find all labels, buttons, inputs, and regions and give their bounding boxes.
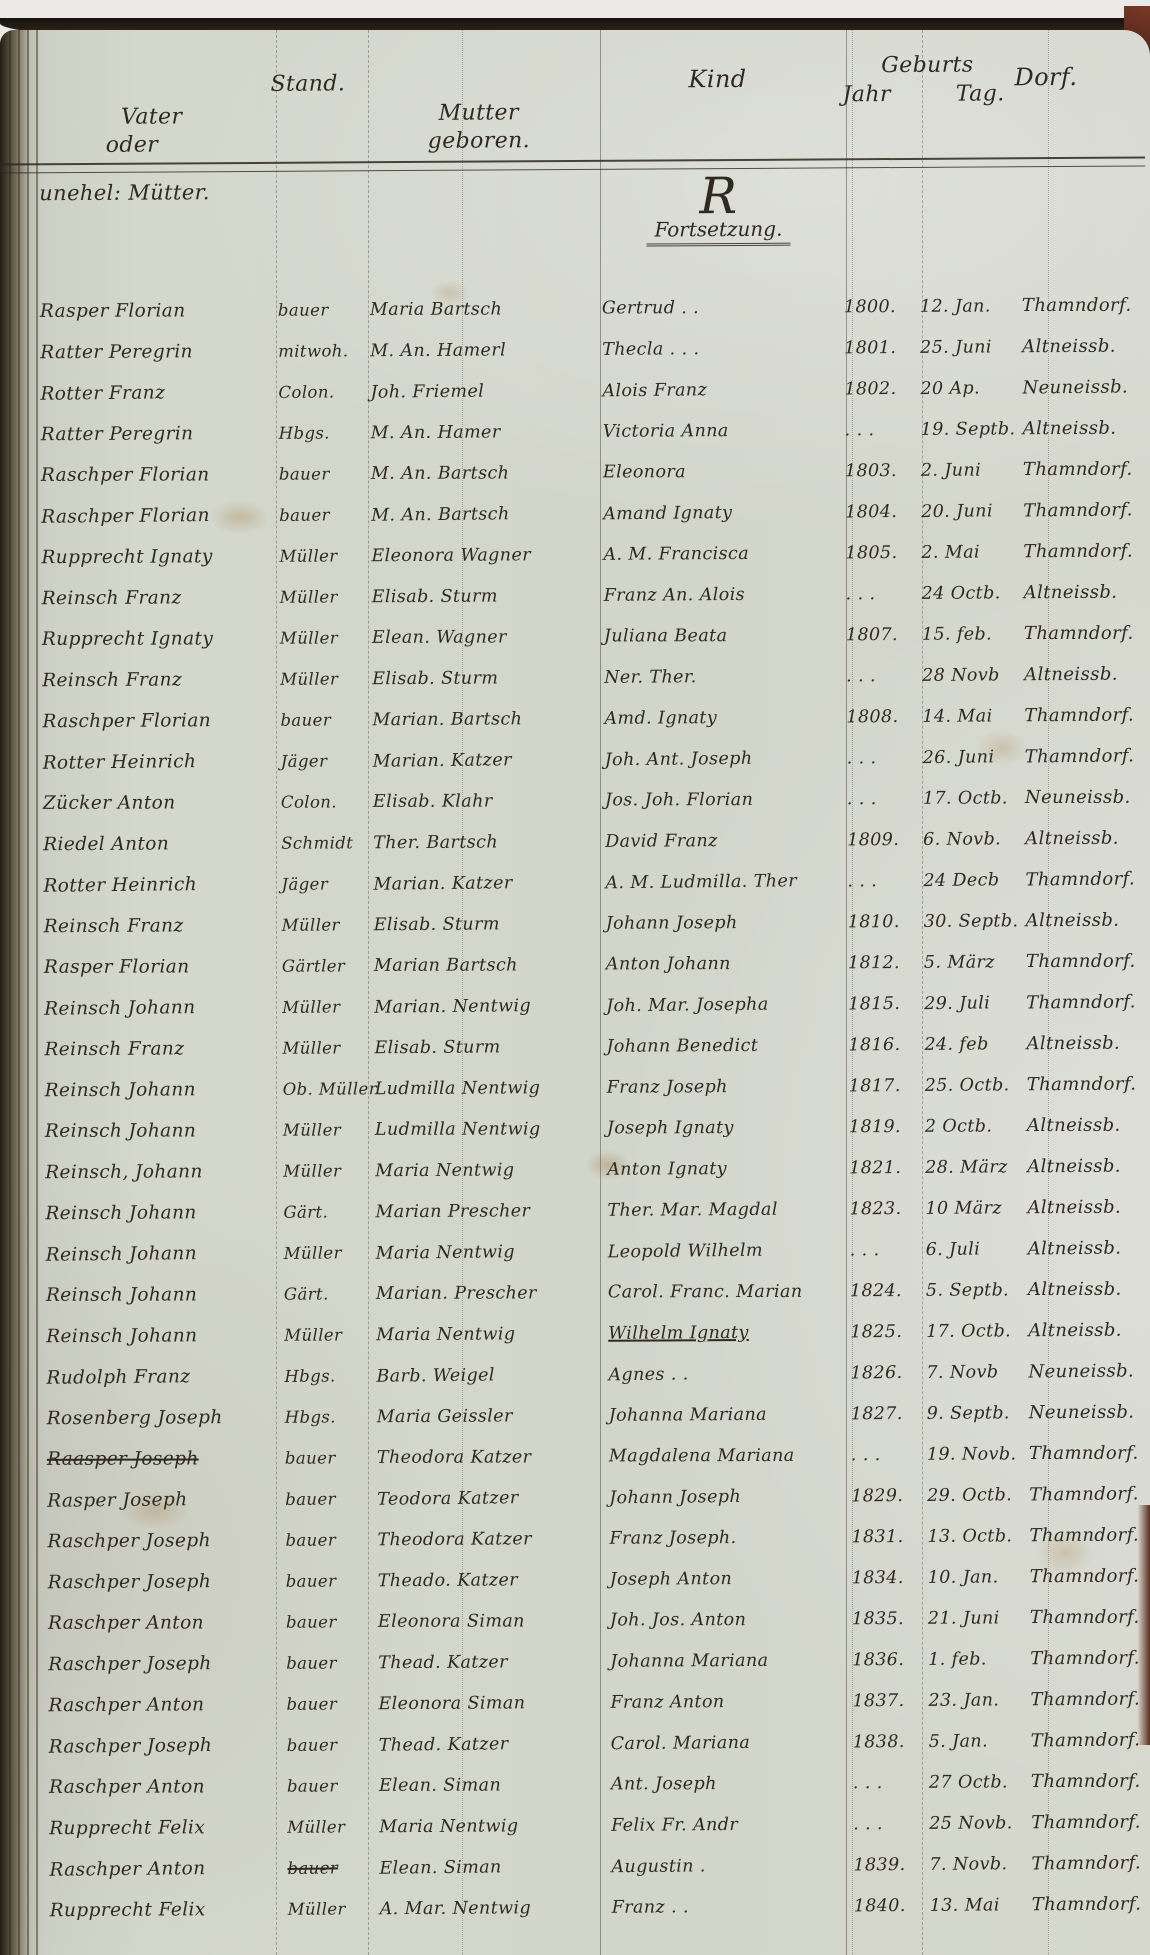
- header-mother-line1: Mutter: [363, 99, 595, 129]
- father-cell: Riedel Anton: [37, 833, 275, 855]
- village-cell: Altneissb.: [1022, 1279, 1150, 1300]
- village-cell: Neuneissb.: [1022, 1360, 1150, 1382]
- table-header: Vater oder Stand. Mutter geboren. Kind G…: [0, 27, 1145, 160]
- table-row: Raschper Anton bauer Eleonora Siman Joh.…: [4, 1596, 1150, 1644]
- table-row: Raschper Joseph bauer Thead. Katzer Joha…: [4, 1637, 1150, 1685]
- birth-day-cell: 25 Novb.: [923, 1813, 1025, 1834]
- birth-year-cell: 1817.: [847, 1075, 919, 1095]
- father-cell: Reinsch Johann: [39, 1079, 277, 1101]
- birth-day-cell: 20 Ap.: [914, 378, 1016, 399]
- birth-day-cell: 27 Octb.: [923, 1772, 1025, 1792]
- father-cell: Reinsch Franz: [36, 587, 274, 609]
- birth-day-cell: 6. Novb.: [917, 829, 1019, 850]
- mother-cell: Elean. Siman: [373, 1856, 605, 1878]
- child-cell: David Franz: [599, 830, 845, 852]
- birth-year-cell: 1805.: [843, 542, 915, 562]
- book-cover-edge: [1136, 1505, 1150, 1745]
- birth-year-cell: 1821.: [847, 1157, 919, 1177]
- birth-year-cell: 1815.: [846, 993, 918, 1014]
- header-father-line3: unehel: Mütter.: [33, 170, 595, 205]
- table-row: Rasper Joseph bauer Teodora Katzer Johan…: [3, 1473, 1150, 1521]
- birth-year-cell: 1826.: [848, 1362, 920, 1383]
- birth-day-cell: 2. Juni: [915, 460, 1017, 480]
- village-cell: Thamndorf.: [1025, 1811, 1150, 1833]
- village-cell: Thamndorf.: [1023, 1483, 1150, 1505]
- father-cell: Raschper Florian: [35, 504, 273, 527]
- mother-cell: Maria Nentwig: [369, 1159, 601, 1180]
- father-cell: Reinsch Franz: [38, 1038, 276, 1060]
- village-cell: Altneissb.: [1017, 417, 1147, 439]
- table-row: Reinsch Franz Müller Elisab. Sturm Franz…: [0, 571, 1148, 619]
- table-row: Rupprecht Felix Müller Maria Nentwig Fel…: [5, 1801, 1150, 1849]
- birth-day-cell: 12. Jan.: [914, 296, 1016, 316]
- child-cell: Wilhelm Ignaty: [602, 1322, 848, 1344]
- birth-day-cell: 19. Septb.: [915, 419, 1017, 440]
- father-cell: Raschper Florian: [35, 464, 273, 486]
- table-row: Reinsch Johann Gärt. Marian Prescher The…: [1, 1186, 1150, 1234]
- father-cell: Rosenberg Joseph: [41, 1407, 279, 1429]
- child-cell: Joh. Jos. Anton: [604, 1609, 850, 1630]
- stand-cell: Müller: [276, 1038, 368, 1058]
- stand-cell: Müller: [274, 669, 366, 689]
- stand-cell: Gärt.: [277, 1202, 369, 1222]
- table-row: Rudolph Franz Hbgs. Barb. Weigel Agnes .…: [2, 1350, 1150, 1398]
- child-cell: Joseph Ignaty: [601, 1117, 847, 1138]
- father-cell: Reinsch Johann: [39, 1202, 277, 1224]
- header-village: Dorf.: [1014, 63, 1144, 92]
- table-row: Raschper Florian bauer M. An. Bartsch El…: [0, 448, 1147, 496]
- village-cell: Thamndorf.: [1017, 459, 1147, 480]
- birth-year-cell: 1835.: [850, 1609, 922, 1629]
- stand-cell: Müller: [274, 587, 366, 607]
- stand-cell: bauer: [281, 1858, 373, 1878]
- mother-cell: Eleonora Siman: [372, 1611, 604, 1632]
- mother-cell: Joh. Friemel: [364, 380, 596, 402]
- table-row: Raschper Florian bauer Marian. Bartsch A…: [0, 694, 1149, 742]
- child-cell: Franz An. Alois: [598, 584, 844, 606]
- child-cell: A. M. Francisca: [597, 543, 843, 565]
- child-cell: Joh. Ant. Joseph: [599, 747, 845, 770]
- stand-cell: bauer: [272, 300, 364, 319]
- village-cell: Thamndorf.: [1024, 1688, 1150, 1710]
- birth-day-cell: 7. Novb: [920, 1362, 1022, 1383]
- child-cell: Carol. Franc. Marian: [602, 1281, 848, 1302]
- father-cell: Rudolph Franz: [40, 1365, 278, 1388]
- birth-day-cell: 30. Septb.: [918, 911, 1020, 932]
- child-cell: Amd. Ignaty: [598, 707, 844, 729]
- village-cell: Thamndorf.: [1017, 499, 1147, 521]
- table-row: Raschper Joseph bauer Thead. Katzer Caro…: [5, 1719, 1150, 1767]
- table-row: Rotter Heinrich Jäger Marian. Katzer Joh…: [0, 735, 1149, 783]
- child-cell: Augustin .: [605, 1854, 851, 1877]
- mother-cell: Elisab. Sturm: [368, 913, 600, 934]
- stand-cell: Müller: [274, 628, 366, 647]
- child-cell: Agnes . .: [602, 1362, 848, 1385]
- stand-cell: Gärtler: [276, 956, 368, 975]
- stand-cell: Müller: [273, 546, 365, 566]
- father-cell: Reinsch Johann: [40, 1242, 278, 1265]
- mother-cell: Theodora Katzer: [371, 1447, 603, 1468]
- table-row: Reinsch Franz Müller Elisab. Sturm Johan…: [0, 899, 1150, 947]
- birth-year-cell: 1831.: [849, 1526, 921, 1546]
- table-row: Rupprecht Ignaty Müller Elean. Wagner Ju…: [0, 612, 1148, 660]
- father-cell: Rotter Heinrich: [37, 750, 275, 773]
- village-cell: Thamndorf.: [1024, 1607, 1150, 1628]
- stand-cell: Jäger: [275, 874, 367, 894]
- birth-year-cell: 1801.: [842, 337, 914, 357]
- birth-day-cell: 25. Octb.: [919, 1075, 1021, 1096]
- birth-day-cell: 9. Septb.: [921, 1403, 1023, 1424]
- mother-cell: M. An. Bartsch: [365, 463, 597, 484]
- header-birth-line1: Geburts: [840, 51, 1014, 81]
- child-cell: Anton Ignaty: [601, 1158, 847, 1180]
- birth-year-cell: . . .: [851, 1813, 923, 1833]
- mother-cell: Thead. Katzer: [373, 1733, 605, 1755]
- father-cell: Raschper Joseph: [42, 1571, 280, 1593]
- header-father: Vater oder: [33, 103, 271, 159]
- stand-cell: bauer: [281, 1735, 373, 1755]
- child-cell: Joh. Mar. Josepha: [600, 993, 846, 1016]
- birth-year-cell: . . .: [851, 1773, 923, 1793]
- birth-year-cell: . . .: [844, 665, 916, 685]
- birth-day-cell: 5. Jan.: [923, 1731, 1025, 1752]
- birth-day-cell: 28. März: [919, 1157, 1021, 1178]
- birth-day-cell: 21. Juni: [922, 1608, 1024, 1628]
- child-cell: Juliana Beata: [598, 625, 844, 646]
- stand-cell: Müller: [278, 1243, 370, 1263]
- table-row: Raschper Joseph bauer Theodora Katzer Fr…: [3, 1514, 1150, 1562]
- father-cell: Rupprecht Felix: [44, 1899, 282, 1921]
- village-cell: Neuneissb.: [1023, 1401, 1150, 1423]
- header-father-line2: oder: [0, 130, 271, 159]
- header-birth-day: Tag.: [956, 80, 1005, 109]
- header-father-line1: Vater: [33, 103, 271, 132]
- child-cell: Franz Joseph.: [603, 1527, 849, 1549]
- header-birth-year: Jahr: [843, 81, 891, 110]
- child-cell: Gertrud . .: [596, 297, 842, 318]
- mother-cell: Maria Geissler: [371, 1405, 603, 1426]
- birth-year-cell: 1834.: [850, 1567, 922, 1587]
- birth-year-cell: 1819.: [847, 1117, 919, 1137]
- child-cell: Johann Joseph: [603, 1485, 849, 1508]
- mother-cell: Ther. Bartsch: [367, 831, 599, 852]
- mother-cell: Marian. Bartsch: [366, 708, 598, 729]
- father-cell: Reinsch, Johann: [39, 1161, 277, 1183]
- section-letter: R: [595, 170, 841, 222]
- stand-cell: Jäger: [275, 751, 367, 771]
- father-cell: Zücker Anton: [37, 792, 275, 814]
- birth-year-cell: 1810.: [846, 911, 918, 931]
- child-cell: Leopold Wilhelm: [602, 1239, 848, 1262]
- stand-cell: Hbgs.: [279, 1407, 371, 1427]
- father-cell: Raschper Florian: [36, 710, 274, 732]
- village-cell: Thamndorf.: [1021, 1073, 1150, 1095]
- birth-year-cell: 1823.: [847, 1198, 919, 1218]
- father-cell: Rasper Florian: [38, 956, 276, 978]
- child-cell: Thecla . . .: [596, 338, 842, 360]
- birth-year-cell: 1838.: [851, 1731, 923, 1752]
- table-row: Reinsch Johann Müller Ludmilla Nentwig J…: [1, 1104, 1150, 1152]
- child-cell: Jos. Joh. Florian: [599, 789, 845, 810]
- mother-cell: A. Mar. Nentwig: [374, 1897, 606, 1918]
- birth-year-cell: 1824.: [848, 1281, 920, 1301]
- father-cell: Raschper Joseph: [43, 1734, 281, 1757]
- birth-year-cell: 1812.: [846, 953, 918, 973]
- father-cell: Raasper Joseph: [41, 1448, 279, 1470]
- village-cell: Thamndorf.: [1017, 540, 1147, 562]
- stand-cell: Müller: [277, 1120, 369, 1139]
- child-cell: Magdalena Mariana: [603, 1445, 849, 1466]
- birth-year-cell: 1803.: [843, 461, 915, 481]
- table-row: Reinsch Franz Müller Elisab. Sturm Ner. …: [0, 653, 1148, 701]
- child-cell: Franz Anton: [604, 1691, 850, 1713]
- village-cell: Thamndorf.: [1018, 704, 1148, 726]
- section-block: R Fortsetzung.: [595, 168, 841, 247]
- table-row: Zücker Anton Colon. Elisab. Klahr Jos. J…: [0, 776, 1149, 824]
- table-row: Raschper Anton bauer Eleonora Siman Fran…: [4, 1678, 1150, 1726]
- village-cell: Neuneissb.: [1019, 787, 1149, 808]
- village-cell: Altneissb.: [1016, 335, 1146, 357]
- table-row: Rupprecht Felix Müller A. Mar. Nentwig F…: [6, 1883, 1150, 1931]
- stand-cell: Gärt.: [278, 1284, 370, 1303]
- mother-cell: Elisab. Sturm: [366, 585, 598, 606]
- mother-cell: Marian Bartsch: [368, 955, 600, 976]
- section-header: unehel: Mütter. R Fortsetzung.: [0, 167, 1146, 292]
- birth-day-cell: 28 Novb: [916, 665, 1018, 686]
- father-cell: Raschper Joseph: [41, 1530, 279, 1552]
- birth-day-cell: 24 Octb.: [916, 583, 1018, 604]
- birth-day-cell: 14. Mai: [916, 706, 1018, 727]
- village-cell: Altneissb.: [1018, 581, 1148, 603]
- mother-cell: Marian. Nentwig: [368, 995, 600, 1017]
- birth-day-cell: 15. feb.: [916, 624, 1018, 644]
- register-rows: Rasper Florian bauer Maria Bartsch Gertr…: [0, 285, 1150, 1932]
- stand-cell: Hbgs.: [278, 1366, 370, 1386]
- birth-year-cell: . . .: [848, 1239, 920, 1260]
- table-row: Raasper Joseph bauer Theodora Katzer Mag…: [3, 1432, 1150, 1480]
- birth-year-cell: . . .: [844, 583, 916, 603]
- mother-cell: Marian. Katzer: [367, 749, 599, 771]
- birth-day-cell: 2 Octb.: [919, 1116, 1021, 1136]
- village-cell: Thamndorf.: [1025, 1729, 1150, 1751]
- table-row: Rotter Franz Colon. Joh. Friemel Alois F…: [0, 366, 1147, 414]
- mother-cell: M. An. Hamer: [365, 421, 597, 442]
- father-cell: Reinsch Johann: [40, 1284, 278, 1306]
- village-cell: Thamndorf.: [1024, 1565, 1150, 1587]
- stand-cell: bauer: [279, 1489, 371, 1509]
- village-cell: Altneissb.: [1021, 1115, 1150, 1136]
- birth-day-cell: 24 Decb: [917, 870, 1019, 891]
- child-cell: Joseph Anton: [604, 1568, 850, 1590]
- table-row: Reinsch Johann Gärt. Marian. Prescher Ca…: [2, 1268, 1150, 1316]
- mother-cell: Theado. Katzer: [372, 1569, 604, 1590]
- mother-cell: Marian Prescher: [369, 1200, 601, 1221]
- table-row: Reinsch Johann Müller Marian. Nentwig Jo…: [0, 981, 1150, 1029]
- table-row: Raschper Joseph bauer Theado. Katzer Jos…: [4, 1555, 1150, 1603]
- birth-day-cell: 2. Mai: [915, 542, 1017, 563]
- father-cell: Reinsch Johann: [40, 1325, 278, 1347]
- birth-year-cell: 1809.: [845, 829, 917, 849]
- register-page: Vater oder Stand. Mutter geboren. Kind G…: [0, 30, 1150, 1955]
- birth-day-cell: 1. feb.: [922, 1649, 1024, 1670]
- birth-year-cell: 1836.: [850, 1649, 922, 1669]
- stand-cell: Colon.: [275, 792, 367, 811]
- birth-year-cell: 1808.: [844, 706, 916, 726]
- father-cell: Reinsch Johann: [38, 996, 276, 1019]
- table-row: Rasper Florian Gärtler Marian Bartsch An…: [0, 940, 1150, 988]
- mother-cell: Eleonora Siman: [372, 1692, 604, 1713]
- child-cell: Johanna Mariana: [603, 1404, 849, 1426]
- father-cell: Raschper Anton: [42, 1612, 280, 1634]
- village-cell: Altneissb.: [1021, 1196, 1150, 1218]
- mother-cell: Elisab. Klahr: [367, 791, 599, 812]
- village-cell: Thamndorf.: [1019, 745, 1149, 767]
- child-cell: Anton Johann: [600, 953, 846, 974]
- stand-cell: bauer: [279, 1530, 371, 1550]
- mother-cell: Elean. Siman: [373, 1775, 605, 1796]
- table-row: Reinsch Johann Müller Maria Nentwig Leop…: [2, 1227, 1150, 1275]
- birth-year-cell: 1839.: [851, 1854, 923, 1875]
- birth-day-cell: 25. Juni: [914, 337, 1016, 358]
- mother-cell: Teodora Katzer: [371, 1487, 603, 1509]
- birth-day-cell: 26. Juni: [917, 747, 1019, 768]
- village-cell: Altneissb.: [1018, 663, 1148, 685]
- child-cell: Johanna Mariana: [604, 1650, 850, 1672]
- village-cell: Thamndorf.: [1024, 1647, 1150, 1669]
- child-cell: Victoria Anna: [597, 420, 843, 442]
- mother-cell: Barb. Weigel: [370, 1364, 602, 1386]
- father-cell: Rasper Joseph: [41, 1488, 279, 1511]
- village-cell: Thamndorf.: [1025, 1771, 1150, 1792]
- mother-cell: M. An. Hamerl: [364, 339, 596, 360]
- header-stand: Stand.: [270, 71, 362, 97]
- mother-cell: Maria Nentwig: [370, 1241, 602, 1263]
- child-cell: A. M. Ludmilla. Ther: [599, 870, 845, 893]
- village-cell: Altneissb.: [1022, 1319, 1150, 1341]
- birth-year-cell: . . .: [845, 747, 917, 768]
- birth-year-cell: 1802.: [842, 378, 914, 399]
- mother-cell: M. An. Bartsch: [365, 503, 597, 525]
- mother-cell: Ludmilla Nentwig: [369, 1077, 601, 1098]
- stand-cell: bauer: [281, 1776, 373, 1795]
- village-cell: Thamndorf.: [1016, 295, 1146, 316]
- stand-cell: Müller: [282, 1899, 374, 1919]
- birth-day-cell: 17. Octb.: [917, 788, 1019, 808]
- section-subtitle: Fortsetzung.: [646, 217, 790, 247]
- birth-year-cell: . . .: [845, 789, 917, 809]
- mother-cell: Maria Nentwig: [370, 1323, 602, 1344]
- table-row: Ratter Peregrin Hbgs. M. An. Hamer Victo…: [0, 407, 1147, 455]
- father-cell: Raschper Joseph: [42, 1653, 280, 1675]
- mother-cell: Maria Bartsch: [364, 299, 596, 320]
- stand-cell: bauer: [273, 505, 365, 525]
- father-cell: Reinsch Franz: [36, 669, 274, 691]
- stand-cell: Müller: [277, 1161, 369, 1181]
- father-cell: Ratter Peregrin: [35, 423, 273, 445]
- mother-cell: Elean. Wagner: [366, 627, 598, 648]
- stand-cell: bauer: [280, 1571, 372, 1591]
- stand-cell: bauer: [279, 1448, 371, 1467]
- header-child: Kind: [594, 64, 840, 94]
- birth-day-cell: 5. Septb.: [920, 1280, 1022, 1300]
- birth-day-cell: 24. feb: [918, 1034, 1020, 1055]
- village-cell: Neuneissb.: [1016, 376, 1146, 398]
- child-cell: Amand Ignaty: [597, 501, 843, 524]
- village-cell: Thamndorf.: [1018, 623, 1148, 644]
- birth-year-cell: 1807.: [844, 625, 916, 645]
- father-cell: Rupprecht Felix: [43, 1817, 281, 1839]
- stand-cell: Müller: [278, 1325, 370, 1345]
- child-cell: Franz Joseph: [601, 1076, 847, 1098]
- stand-cell: Ob. Müller: [277, 1079, 369, 1099]
- birth-year-cell: . . .: [843, 419, 915, 439]
- child-cell: Ner. Ther.: [598, 666, 844, 688]
- table-row: Raschper Florian bauer M. An. Bartsch Am…: [0, 489, 1147, 537]
- mother-cell: Ludmilla Nentwig: [369, 1119, 601, 1140]
- table-row: Rosenberg Joseph Hbgs. Maria Geissler Jo…: [3, 1391, 1150, 1439]
- birth-day-cell: 23. Jan.: [922, 1690, 1024, 1711]
- birth-day-cell: 5. März: [918, 952, 1020, 972]
- table-row: Riedel Anton Schmidt Ther. Bartsch David…: [0, 817, 1149, 865]
- village-cell: Thamndorf.: [1020, 991, 1150, 1013]
- father-cell: Reinsch Franz: [38, 915, 276, 937]
- stand-cell: bauer: [280, 1694, 372, 1714]
- birth-day-cell: 7. Novb.: [923, 1854, 1025, 1875]
- child-cell: Ant. Joseph: [605, 1773, 851, 1794]
- table-row: Raschper Anton bauer Elean. Siman August…: [5, 1842, 1150, 1890]
- table-row: Ratter Peregrin mitwoh. M. An. Hamerl Th…: [0, 325, 1146, 373]
- birth-year-cell: . . .: [849, 1445, 921, 1465]
- table-row: Reinsch Johann Ob. Müller Ludmilla Nentw…: [1, 1063, 1150, 1111]
- child-cell: Ther. Mar. Magdal: [601, 1199, 847, 1221]
- village-cell: Thamndorf.: [1025, 1852, 1150, 1874]
- stand-cell: Hbgs.: [273, 423, 365, 443]
- stand-cell: Müller: [281, 1817, 373, 1837]
- stand-cell: bauer: [280, 1612, 372, 1631]
- stand-cell: Colon.: [272, 382, 364, 402]
- table-row: Rasper Florian bauer Maria Bartsch Gertr…: [0, 285, 1146, 333]
- father-cell: Rotter Heinrich: [37, 873, 275, 896]
- table-row: Raschper Anton bauer Elean. Siman Ant. J…: [5, 1760, 1150, 1808]
- child-cell: Johann Benedict: [600, 1035, 846, 1057]
- table-row: Rupprecht Ignaty Müller Eleonora Wagner …: [0, 530, 1148, 578]
- father-cell: Rupprecht Ignaty: [36, 628, 274, 650]
- birth-day-cell: 13. Octb.: [921, 1526, 1023, 1547]
- stand-cell: Schmidt: [275, 833, 367, 853]
- mother-cell: Marian. Prescher: [370, 1283, 602, 1304]
- father-cell: Raschper Anton: [43, 1776, 281, 1798]
- mother-cell: Marian. Katzer: [367, 872, 599, 894]
- birth-day-cell: 6. Juli: [920, 1239, 1022, 1260]
- child-cell: Johann Joseph: [600, 912, 846, 934]
- mother-cell: Elisab. Sturm: [368, 1036, 600, 1057]
- birth-day-cell: 29. Juli: [918, 993, 1020, 1014]
- stand-cell: mitwoh.: [272, 341, 364, 361]
- village-cell: Thamndorf.: [1019, 868, 1149, 890]
- mother-cell: Theodora Katzer: [371, 1528, 603, 1549]
- header-mother-line2: geboren.: [363, 127, 595, 157]
- birth-year-cell: 1837.: [850, 1690, 922, 1710]
- child-cell: Carol. Mariana: [605, 1731, 851, 1754]
- father-cell: Raschper Anton: [42, 1694, 280, 1716]
- mother-cell: Elisab. Sturm: [366, 667, 598, 688]
- table-row: Reinsch, Johann Müller Maria Nentwig Ant…: [1, 1145, 1150, 1193]
- father-cell: Rasper Florian: [34, 300, 272, 322]
- father-cell: Reinsch Johann: [39, 1120, 277, 1142]
- stand-cell: bauer: [273, 464, 365, 483]
- birth-year-cell: 1816.: [846, 1034, 918, 1054]
- mother-cell: Eleonora Wagner: [365, 544, 597, 565]
